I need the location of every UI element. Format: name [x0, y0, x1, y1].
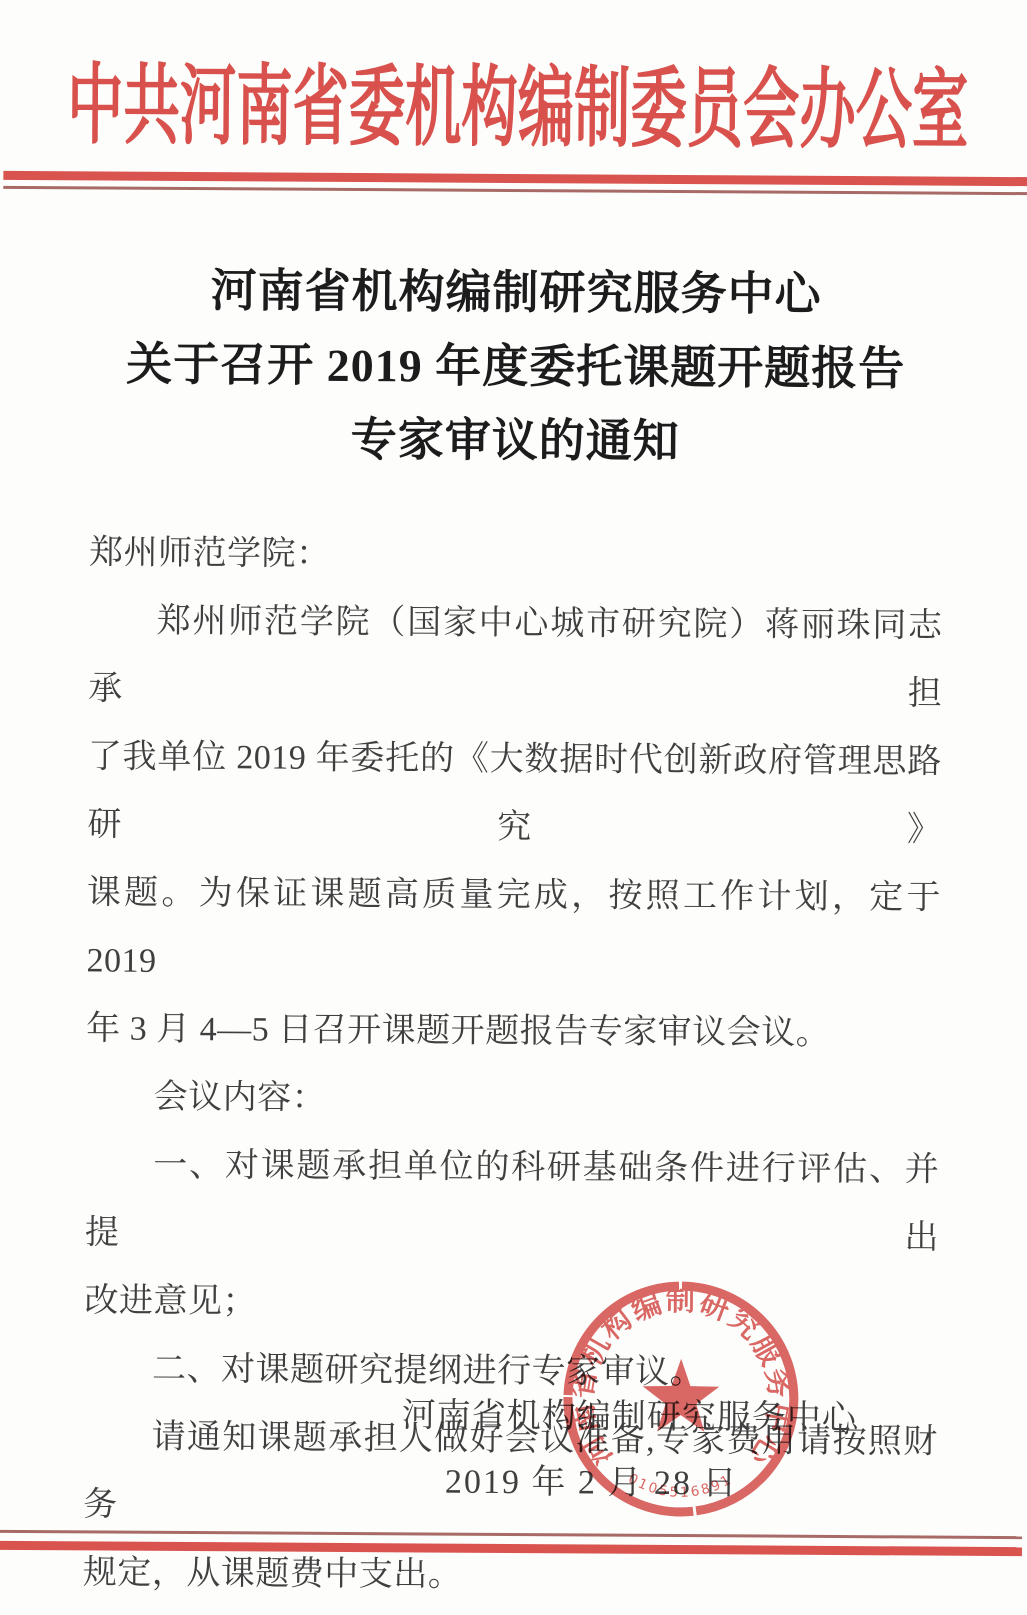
official-seal: 河南省机构编制研究服务中心 0105516891 — [558, 1276, 803, 1521]
letterhead: 中共河南省委机构编制委员会办公室 — [3, 53, 1027, 167]
title-line-2: 关于召开 2019 年度委托课题开题报告 — [2, 327, 1027, 407]
title-line-1: 河南省机构编制研究服务中心 — [2, 253, 1027, 333]
body-line: 会议内容： — [86, 1063, 940, 1136]
letterhead-issuer: 中共河南省委机构编制委员会办公室 — [66, 53, 968, 167]
body-line: 改进意见； — [84, 1267, 938, 1340]
svg-text:0105516891: 0105516891 — [625, 1471, 735, 1502]
title-line-3: 专家审议的通知 — [2, 401, 1027, 481]
scanned-sheet: 中共河南省委机构编制委员会办公室 河南省机构编制研究服务中心 关于召开 2019… — [0, 0, 1027, 1615]
star-icon — [642, 1358, 719, 1431]
body-line: 年 3 月 4—5 日召开课题开题报告专家审议会议。 — [86, 995, 940, 1068]
salutation: 郑州师范学院： — [89, 519, 943, 592]
document-title: 河南省机构编制研究服务中心 关于召开 2019 年度委托课题开题报告 专家审议的… — [2, 253, 1027, 481]
document-body: 郑州师范学院： 郑州师范学院（国家中心城市研究院）蒋丽珠同志承担 了我单位 20… — [83, 519, 944, 1612]
document-page: 中共河南省委机构编制委员会办公室 河南省机构编制研究服务中心 关于召开 2019… — [0, 0, 1027, 1615]
letterhead-rule-thin — [3, 186, 1027, 195]
body-line: 了我单位 2019 年委托的《大数据时代创新政府管理思路研究》 — [87, 723, 942, 864]
seal-serial-number: 0105516891 — [625, 1471, 735, 1502]
body-line: 一、对课题承担单位的科研基础条件进行评估、并提出 — [85, 1131, 940, 1272]
letterhead-rule-thick — [3, 171, 1027, 186]
body-line: 课题。为保证课题高质量完成，按照工作计划，定于 2019 — [86, 859, 941, 1000]
body-line: 郑州师范学院（国家中心城市研究院）蒋丽珠同志承担 — [88, 587, 943, 728]
